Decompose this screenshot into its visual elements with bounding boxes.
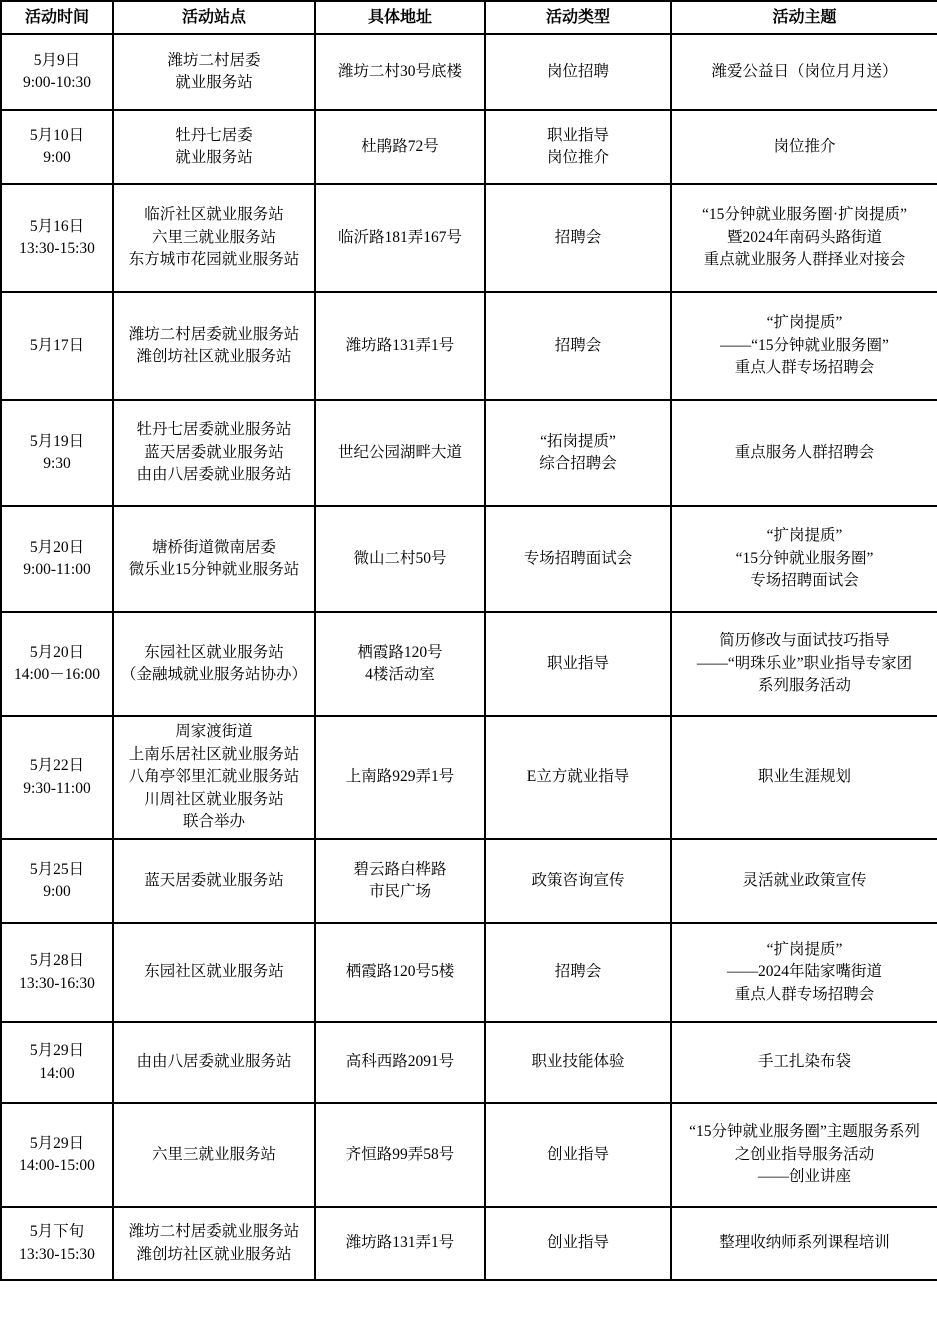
table-cell-station: 潍坊二村居委就业服务站 — [113, 34, 315, 110]
table-cell-theme: “扩岗提质”“15分钟就业服务圈”专场招聘面试会 — [671, 506, 937, 612]
table-cell-address: 栖霞路120号5楼 — [315, 923, 485, 1022]
column-header-address: 具体地址 — [315, 1, 485, 34]
table-cell-address: 上南路929弄1号 — [315, 716, 485, 839]
table-cell-type: E立方就业指导 — [485, 716, 671, 839]
table-cell-theme: 简历修改与面试技巧指导——“明珠乐业”职业指导专家团系列服务活动 — [671, 612, 937, 716]
table-header-row: 活动时间活动站点具体地址活动类型活动主题 — [1, 1, 937, 34]
table-cell-station: 临沂社区就业服务站六里三就业服务站东方城市花园就业服务站 — [113, 184, 315, 292]
table-cell-time: 5月9日9:00-10:30 — [1, 34, 113, 110]
table-cell-station: 潍坊二村居委就业服务站潍创坊社区就业服务站 — [113, 1207, 315, 1280]
table-row: 5月20日9:00-11:00塘桥街道微南居委微乐业15分钟就业服务站微山二村5… — [1, 506, 937, 612]
table-cell-theme: 职业生涯规划 — [671, 716, 937, 839]
column-header-type: 活动类型 — [485, 1, 671, 34]
table-row: 5月20日14:00－16:00东园社区就业服务站（金融城就业服务站协办）栖霞路… — [1, 612, 937, 716]
table-row: 5月29日14:00-15:00六里三就业服务站齐恒路99弄58号创业指导“15… — [1, 1103, 937, 1207]
table-cell-station: 牡丹七居委就业服务站蓝天居委就业服务站由由八居委就业服务站 — [113, 400, 315, 506]
activity-schedule-table: 活动时间活动站点具体地址活动类型活动主题 5月9日9:00-10:30潍坊二村居… — [0, 0, 937, 1281]
table-cell-type: 招聘会 — [485, 923, 671, 1022]
table-cell-time: 5月17日 — [1, 292, 113, 400]
table-cell-address: 潍坊二村30号底楼 — [315, 34, 485, 110]
table-cell-time: 5月29日14:00 — [1, 1022, 113, 1103]
table-cell-type: 招聘会 — [485, 292, 671, 400]
table-cell-theme: 整理收纳师系列课程培训 — [671, 1207, 937, 1280]
table-cell-type: 岗位招聘 — [485, 34, 671, 110]
table-cell-station: 蓝天居委就业服务站 — [113, 839, 315, 923]
table-cell-time: 5月10日9:00 — [1, 110, 113, 184]
table-cell-station: 东园社区就业服务站 — [113, 923, 315, 1022]
table-cell-time: 5月28日13:30-16:30 — [1, 923, 113, 1022]
table-cell-time: 5月25日9:00 — [1, 839, 113, 923]
table-cell-type: 职业指导岗位推介 — [485, 110, 671, 184]
table-cell-type: 创业指导 — [485, 1103, 671, 1207]
table-cell-time: 5月20日14:00－16:00 — [1, 612, 113, 716]
table-cell-theme: 手工扎染布袋 — [671, 1022, 937, 1103]
table-cell-type: 创业指导 — [485, 1207, 671, 1280]
table-row: 5月29日14:00由由八居委就业服务站高科西路2091号职业技能体验手工扎染布… — [1, 1022, 937, 1103]
table-row: 5月16日13:30-15:30临沂社区就业服务站六里三就业服务站东方城市花园就… — [1, 184, 937, 292]
table-cell-type: “拓岗提质”综合招聘会 — [485, 400, 671, 506]
table-row: 5月9日9:00-10:30潍坊二村居委就业服务站潍坊二村30号底楼岗位招聘潍爱… — [1, 34, 937, 110]
table-cell-station: 牡丹七居委就业服务站 — [113, 110, 315, 184]
table-cell-address: 碧云路白桦路市民广场 — [315, 839, 485, 923]
table-cell-address: 潍坊路131弄1号 — [315, 1207, 485, 1280]
table-row: 5月22日9:30-11:00周家渡街道上南乐居社区就业服务站八角亭邻里汇就业服… — [1, 716, 937, 839]
table-cell-address: 临沂路181弄167号 — [315, 184, 485, 292]
table-cell-time: 5月16日13:30-15:30 — [1, 184, 113, 292]
table-cell-address: 潍坊路131弄1号 — [315, 292, 485, 400]
table-cell-type: 专场招聘面试会 — [485, 506, 671, 612]
table-cell-type: 职业指导 — [485, 612, 671, 716]
table-cell-station: 潍坊二村居委就业服务站潍创坊社区就业服务站 — [113, 292, 315, 400]
table-cell-address: 微山二村50号 — [315, 506, 485, 612]
table-cell-address: 齐恒路99弄58号 — [315, 1103, 485, 1207]
table-row: 5月17日潍坊二村居委就业服务站潍创坊社区就业服务站潍坊路131弄1号招聘会“扩… — [1, 292, 937, 400]
table-cell-time: 5月20日9:00-11:00 — [1, 506, 113, 612]
table-cell-time: 5月19日9:30 — [1, 400, 113, 506]
table-cell-theme: 岗位推介 — [671, 110, 937, 184]
table-row: 5月28日13:30-16:30东园社区就业服务站栖霞路120号5楼招聘会“扩岗… — [1, 923, 937, 1022]
table-cell-type: 政策咨询宣传 — [485, 839, 671, 923]
column-header-station: 活动站点 — [113, 1, 315, 34]
table-cell-type: 职业技能体验 — [485, 1022, 671, 1103]
table-cell-address: 杜鹃路72号 — [315, 110, 485, 184]
table-cell-station: 周家渡街道上南乐居社区就业服务站八角亭邻里汇就业服务站川周社区就业服务站联合举办 — [113, 716, 315, 839]
table-cell-time: 5月29日14:00-15:00 — [1, 1103, 113, 1207]
table-row: 5月下旬13:30-15:30潍坊二村居委就业服务站潍创坊社区就业服务站潍坊路1… — [1, 1207, 937, 1280]
table-cell-theme: “15分钟就业服务圈·扩岗提质”暨2024年南码头路街道重点就业服务人群择业对接… — [671, 184, 937, 292]
table-cell-address: 世纪公园湖畔大道 — [315, 400, 485, 506]
table-cell-theme: “扩岗提质”——“15分钟就业服务圈”重点人群专场招聘会 — [671, 292, 937, 400]
table-cell-theme: 灵活就业政策宣传 — [671, 839, 937, 923]
table-row: 5月25日9:00蓝天居委就业服务站碧云路白桦路市民广场政策咨询宣传灵活就业政策… — [1, 839, 937, 923]
table-cell-station: 东园社区就业服务站（金融城就业服务站协办） — [113, 612, 315, 716]
table-cell-station: 塘桥街道微南居委微乐业15分钟就业服务站 — [113, 506, 315, 612]
table-cell-type: 招聘会 — [485, 184, 671, 292]
table-row: 5月10日9:00牡丹七居委就业服务站杜鹃路72号职业指导岗位推介岗位推介 — [1, 110, 937, 184]
column-header-theme: 活动主题 — [671, 1, 937, 34]
table-cell-theme: “15分钟就业服务圈”主题服务系列之创业指导服务活动——创业讲座 — [671, 1103, 937, 1207]
column-header-time: 活动时间 — [1, 1, 113, 34]
table-cell-theme: 重点服务人群招聘会 — [671, 400, 937, 506]
table-cell-address: 栖霞路120号4楼活动室 — [315, 612, 485, 716]
table-cell-time: 5月22日9:30-11:00 — [1, 716, 113, 839]
table-cell-time: 5月下旬13:30-15:30 — [1, 1207, 113, 1280]
table-cell-station: 六里三就业服务站 — [113, 1103, 315, 1207]
table-cell-theme: “扩岗提质”——2024年陆家嘴街道重点人群专场招聘会 — [671, 923, 937, 1022]
table-cell-station: 由由八居委就业服务站 — [113, 1022, 315, 1103]
table-row: 5月19日9:30牡丹七居委就业服务站蓝天居委就业服务站由由八居委就业服务站世纪… — [1, 400, 937, 506]
table-cell-theme: 潍爱公益日（岗位月月送） — [671, 34, 937, 110]
table-cell-address: 高科西路2091号 — [315, 1022, 485, 1103]
